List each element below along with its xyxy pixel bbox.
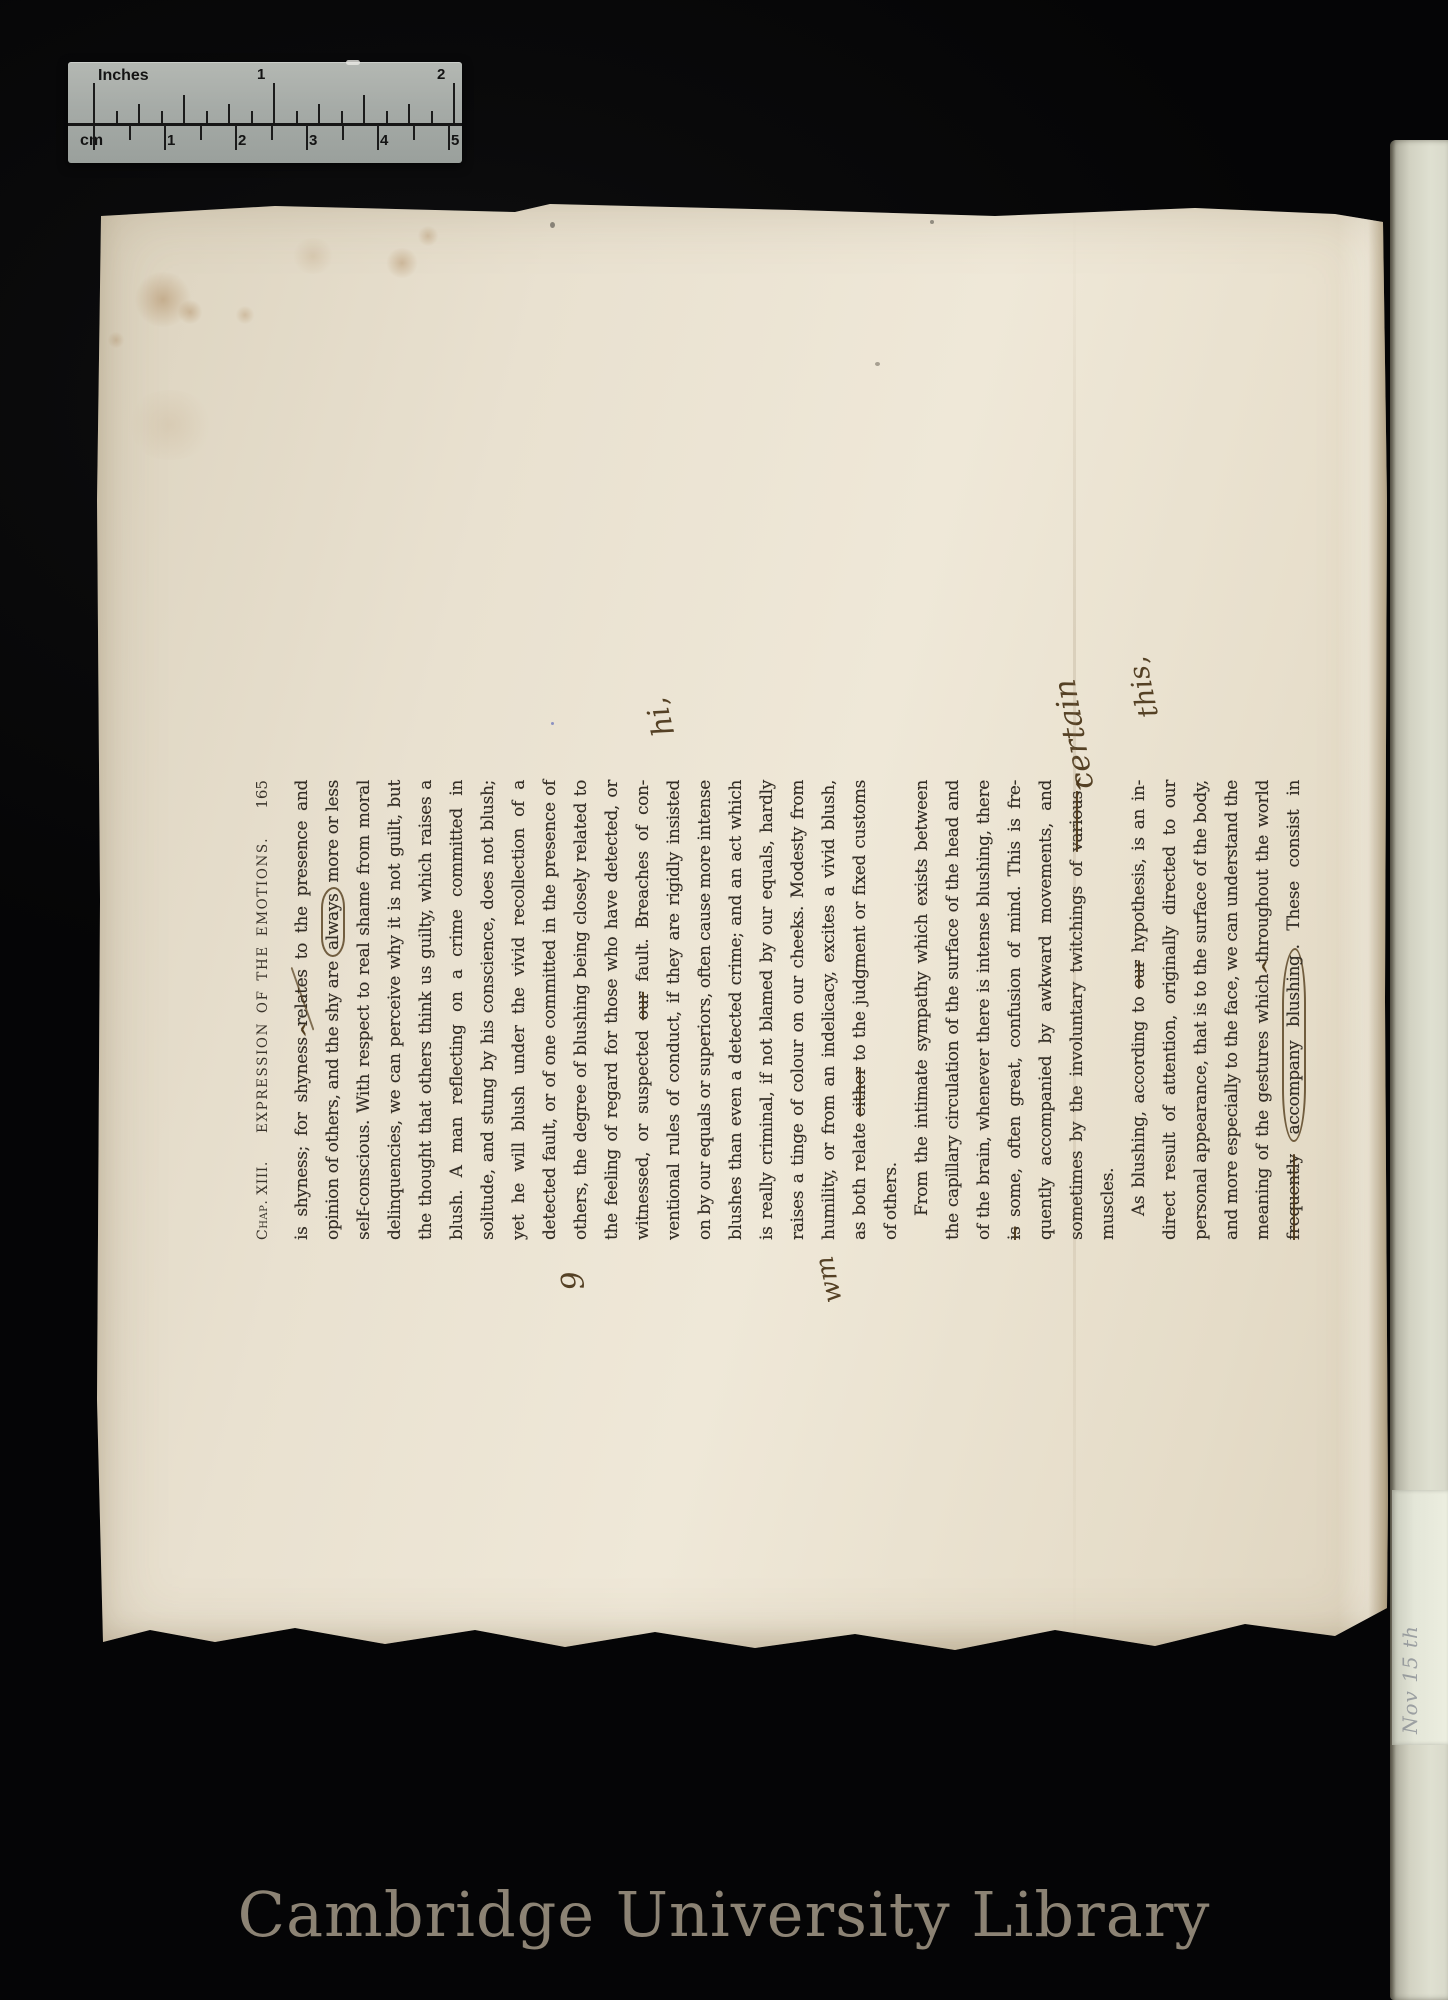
struck-word: frequently xyxy=(1284,1154,1304,1240)
page-number: 165 xyxy=(253,780,271,809)
print-text: to the judgment or fixed customs xyxy=(850,780,870,1067)
cm-number: 2 xyxy=(238,132,246,149)
print-line: frequently accompany blushing. These con… xyxy=(1279,780,1310,1240)
print-text: of the brain, whenever there is intense … xyxy=(974,780,994,1240)
print-line: opinion of others, and the shy are alway… xyxy=(318,780,349,1240)
inch-tick xyxy=(251,111,253,123)
print-line: on by our equals or superiors, often cau… xyxy=(690,780,721,1240)
print-line: direct result of attention, originally d… xyxy=(1155,780,1186,1240)
print-line: detected fault, or of one committed in t… xyxy=(535,780,566,1240)
book-title: EXPRESSION OF THE EMOTIONS. xyxy=(255,837,271,1133)
print-line: is shyness; for shyness^relates to the p… xyxy=(287,780,318,1240)
handwritten-margin-note: hi, xyxy=(639,694,682,740)
handwritten-margin-note: this, xyxy=(1120,654,1165,721)
inch-tick xyxy=(386,111,388,123)
text-block: is shyness; for shyness^relates to the p… xyxy=(287,780,1310,1240)
cm-number: 4 xyxy=(380,132,388,149)
print-text: yet he will blush under the vivid recoll… xyxy=(509,780,529,1240)
handwritten-margin-note: wm xyxy=(809,1253,848,1305)
cm-tick xyxy=(342,125,344,140)
proof-page: Chap. XIII. EXPRESSION OF THE EMOTIONS. … xyxy=(95,200,1390,1652)
print-text: opinion of others, and the shy are xyxy=(323,956,343,1240)
cm-tick xyxy=(271,125,273,140)
print-text: delinquencies, we can perceive why it is… xyxy=(385,780,405,1240)
struck-word: our xyxy=(633,992,653,1020)
print-text: detected fault, or of one committed in t… xyxy=(540,780,560,1240)
print-line: others, the degree of blushing being clo… xyxy=(566,780,597,1240)
running-header: Chap. XIII. EXPRESSION OF THE EMOTIONS. … xyxy=(253,780,271,1240)
inch-tick xyxy=(363,95,365,123)
print-text: witnessed, or suspected xyxy=(633,1020,653,1240)
inch-tick xyxy=(408,104,410,123)
measurement-ruler: Inches cm 1212345 xyxy=(68,62,462,163)
cm-tick xyxy=(93,125,95,150)
print-line: solitude, and stung by his conscience, d… xyxy=(473,780,504,1240)
library-watermark: Cambridge University Library xyxy=(0,1878,1448,1951)
print-line: as both relate either to the judgment or… xyxy=(845,780,876,1240)
inch-tick xyxy=(296,111,298,123)
cm-number: 3 xyxy=(309,132,317,149)
print-text: blushes than even a detected crime; and … xyxy=(726,780,746,1240)
inch-tick xyxy=(138,104,140,123)
insertion-caret-mark: ^ xyxy=(1256,961,1284,975)
inch-tick xyxy=(161,111,163,123)
print-text: personal appearance, that is to the surf… xyxy=(1191,780,1211,1240)
print-text: raises a tinge of colour on our cheeks. … xyxy=(788,780,808,1240)
archive-photo-scene: Inches cm 1212345 Nov 15 th Chap. XIII. … xyxy=(0,0,1448,2000)
inch-tick xyxy=(431,111,433,123)
handwritten-margin-note: 9 xyxy=(555,1269,592,1293)
rotated-print-content: Chap. XIII. EXPRESSION OF THE EMOTIONS. … xyxy=(95,203,1390,1648)
print-text: ventional rules of conduct, if they are … xyxy=(664,780,684,1240)
print-line: witnessed, or suspected our fault. Breac… xyxy=(628,780,659,1240)
catalog-slip: Nov 15 th xyxy=(1392,1490,1448,1745)
print-line: the thought that others think us guilty,… xyxy=(411,780,442,1240)
print-line: personal appearance, that is to the surf… xyxy=(1186,780,1217,1240)
cm-tick xyxy=(200,125,202,140)
print-text: direct result of attention, originally d… xyxy=(1160,780,1180,1240)
cm-number: 1 xyxy=(167,132,175,149)
print-text: fault. Breaches of con- xyxy=(633,780,653,992)
inch-tick xyxy=(453,83,455,123)
print-text: others, the degree of blushing being clo… xyxy=(571,780,591,1240)
print-line: quently accompanied by awkward movements… xyxy=(1031,780,1062,1240)
print-line: As blushing, according to our hypothesis… xyxy=(1124,780,1155,1240)
print-text: and more especially to the face, we can … xyxy=(1222,780,1242,1240)
print-line: yet he will blush under the vivid recoll… xyxy=(504,780,535,1240)
print-line: meaning of the gestures which^throughout… xyxy=(1248,780,1279,1240)
print-text: some, often great, confusion of mind. Th… xyxy=(1005,780,1025,1227)
ruler-inches-label: Inches xyxy=(98,67,149,85)
print-line: From the intimate sympathy which exists … xyxy=(907,780,938,1240)
print-line: raises a tinge of colour on our cheeks. … xyxy=(783,780,814,1240)
print-text: hypothesis, is an in- xyxy=(1129,780,1149,960)
print-text: humility, or from an indelicacy, excites… xyxy=(819,780,839,1240)
print-text: From the intimate sympathy which exists … xyxy=(912,780,932,1216)
inch-tick xyxy=(93,83,95,123)
ruler-cm-label: cm xyxy=(80,132,103,150)
print-text: the capillary circulation of the surface… xyxy=(943,780,963,1240)
print-text: is really criminal, if not blamed by our… xyxy=(757,780,777,1240)
print-text: sometimes by the involuntary twitchings … xyxy=(1067,852,1087,1240)
print-line: and more especially to the face, we can … xyxy=(1217,780,1248,1240)
inch-tick xyxy=(273,83,275,123)
ruler-divider xyxy=(68,123,462,126)
cm-tick xyxy=(129,125,131,140)
inch-number: 1 xyxy=(257,66,265,83)
print-text: the feeling of regard for those who have… xyxy=(602,780,622,1240)
print-text: of others. xyxy=(881,1162,901,1240)
inch-tick xyxy=(318,104,320,123)
inch-tick xyxy=(228,104,230,123)
struck-word: various xyxy=(1067,791,1087,852)
print-line: blushes than even a detected crime; and … xyxy=(721,780,752,1240)
print-line: muscles. xyxy=(1093,780,1124,1240)
page-fold-edge xyxy=(1338,200,1390,1652)
print-text: is shyness; for shyness xyxy=(292,1037,312,1240)
struck-word: our xyxy=(1129,960,1149,988)
cm-tick xyxy=(164,125,166,150)
cm-tick xyxy=(235,125,237,150)
print-line: of the brain, whenever there is intense … xyxy=(969,780,1000,1240)
print-text: self-conscious. With respect to real sha… xyxy=(354,780,374,1240)
print-line: delinquencies, we can perceive why it is… xyxy=(380,780,411,1240)
print-line: of others. xyxy=(876,780,907,1240)
inch-tick xyxy=(341,111,343,123)
print-line: is really criminal, if not blamed by our… xyxy=(752,780,783,1240)
print-line: is some, often great, confusion of mind.… xyxy=(1000,780,1031,1240)
ruler-chip xyxy=(346,60,360,65)
print-text: more or less xyxy=(323,780,343,888)
print-text: solitude, and stung by his conscience, d… xyxy=(478,780,498,1240)
print-text: on by our equals or superiors, often cau… xyxy=(695,780,715,1240)
print-text: relates to the presence and xyxy=(292,780,312,1026)
print-text: throughout the world xyxy=(1253,780,1273,963)
page-crease xyxy=(1073,200,1076,1652)
inch-tick xyxy=(183,95,185,123)
print-line: blush. A man reflecting on a crime commi… xyxy=(442,780,473,1240)
circled-word: accompany blushing xyxy=(1282,948,1306,1141)
cm-tick xyxy=(448,125,450,150)
print-line: the capillary circulation of the surface… xyxy=(938,780,969,1240)
inch-tick xyxy=(206,111,208,123)
insertion-caret-mark: ^ xyxy=(295,1025,323,1039)
print-text: muscles. xyxy=(1098,1168,1118,1240)
print-text: . These consist in xyxy=(1284,780,1304,949)
struck-word: either xyxy=(850,1067,870,1116)
print-text: as both relate xyxy=(850,1117,870,1240)
print-text: blush. A man reflecting on a crime commi… xyxy=(447,780,467,1240)
cm-number: 5 xyxy=(451,132,459,149)
print-text: the thought that others think us guilty,… xyxy=(416,780,436,1240)
slip-handwriting: Nov 15 th xyxy=(1398,1502,1438,1734)
print-line: the feeling of regard for those who have… xyxy=(597,780,628,1240)
inch-tick xyxy=(116,111,118,123)
print-line: ventional rules of conduct, if they are … xyxy=(659,780,690,1240)
circled-word: always xyxy=(321,887,345,958)
cm-tick xyxy=(377,125,379,150)
print-text: meaning of the gestures which xyxy=(1253,974,1273,1240)
print-line: humility, or from an indelicacy, excites… xyxy=(814,780,845,1240)
cm-tick xyxy=(413,125,415,140)
chapter-label: Chap. XIII. xyxy=(255,1161,271,1240)
print-line: self-conscious. With respect to real sha… xyxy=(349,780,380,1240)
print-text xyxy=(1284,1141,1304,1155)
struck-word: is xyxy=(1005,1227,1025,1240)
print-text: As blushing, according to xyxy=(1129,989,1149,1216)
print-text: quently accompanied by awkward movements… xyxy=(1036,780,1056,1240)
print-line: sometimes by the involuntary twitchings … xyxy=(1062,780,1093,1240)
cm-tick xyxy=(306,125,308,150)
inch-number: 2 xyxy=(437,66,445,83)
